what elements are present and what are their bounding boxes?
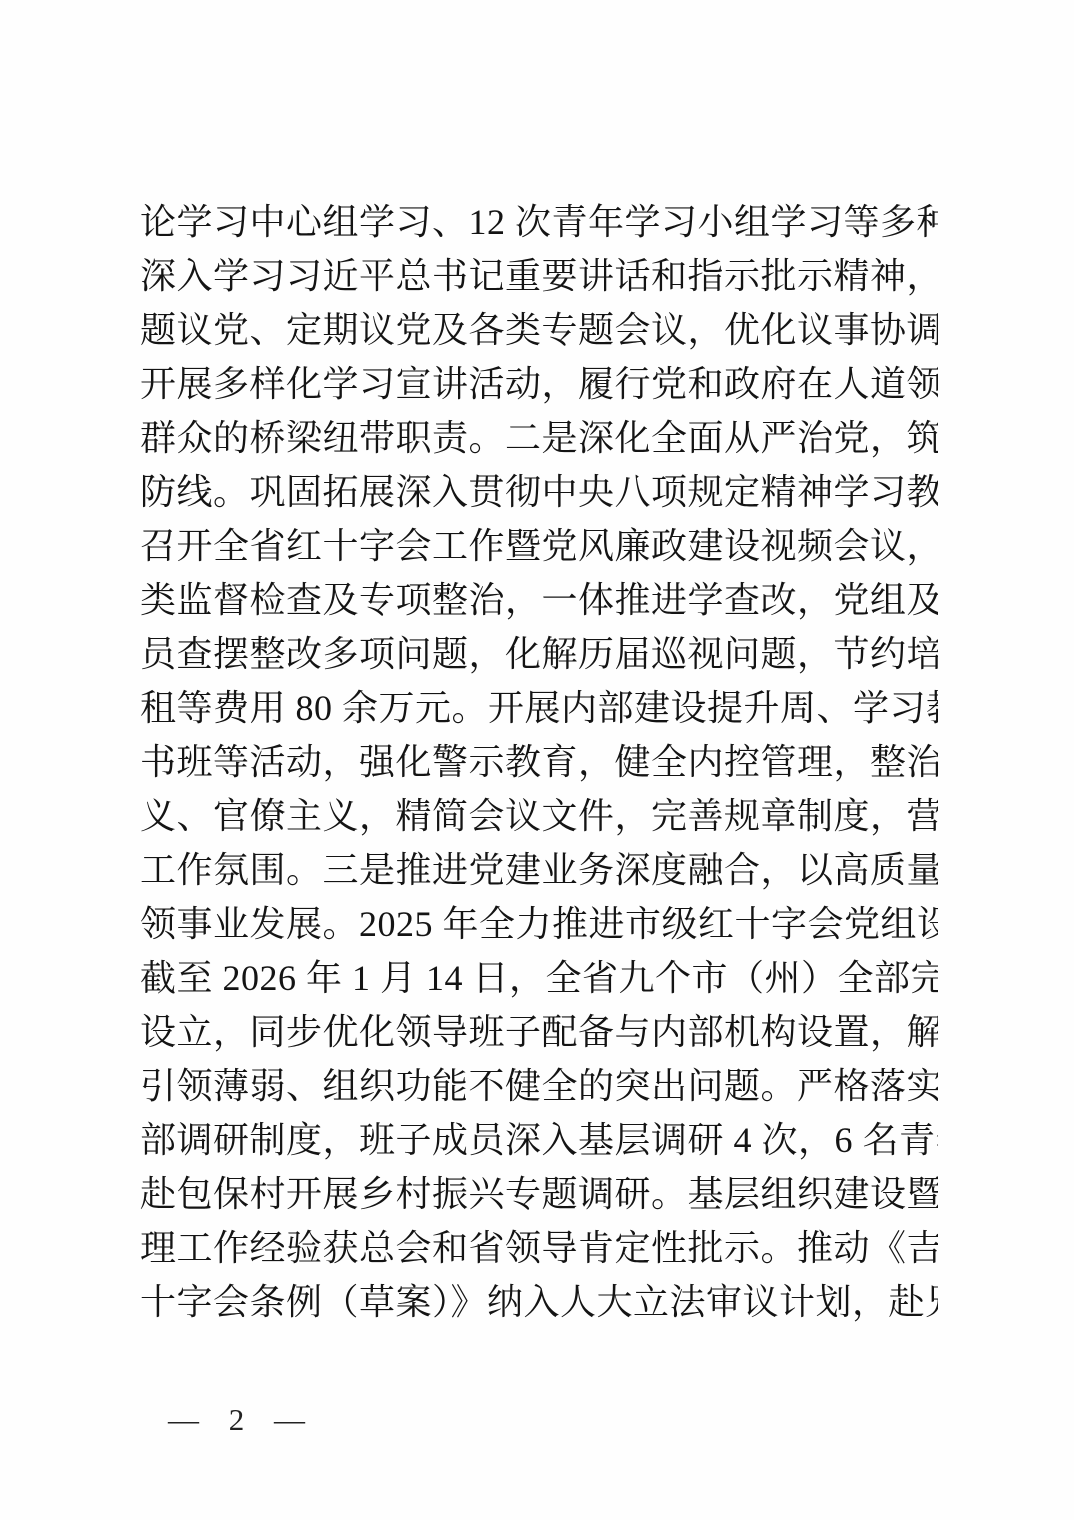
document-body: 论学习中心组学习、12 次青年学习小组学习等多种形式， 深入学习习近平总书记重要… bbox=[140, 195, 938, 1329]
text-line: 开展多样化学习宣讲活动，履行党和政府在人道领域联系 bbox=[140, 357, 938, 411]
text-line: 题议党、定期议党及各类专题会议，优化议事协调机构， bbox=[140, 303, 938, 357]
text-line: 十字会条例（草案）》纳入人大立法审议计划，赴兄弟省 bbox=[140, 1275, 938, 1329]
text-line: 赴包保村开展乡村振兴专题调研。基层组织建设暨会员管 bbox=[140, 1167, 938, 1221]
text-line: 领事业发展。2025 年全力推进市级红十字会党组设立， bbox=[140, 897, 938, 951]
text-line: 类监督检查及专项整治，一体推进学查改，党组及班子成 bbox=[140, 573, 938, 627]
document-page: 论学习中心组学习、12 次青年学习小组学习等多种形式， 深入学习习近平总书记重要… bbox=[0, 0, 1074, 1520]
text-line: 引领薄弱、组织功能不健全的突出问题。严格落实领导干 bbox=[140, 1059, 938, 1113]
text-line: 理工作经验获总会和省领导肯定性批示。推动《吉林省红 bbox=[140, 1221, 938, 1275]
text-line: 群众的桥梁纽带职责。二是深化全面从严治党，筑牢作风 bbox=[140, 411, 938, 465]
text-line: 书班等活动，强化警示教育，健全内控管理，整治形式主 bbox=[140, 735, 938, 789]
text-line: 部调研制度，班子成员深入基层调研 4 次，6 名青年干部 bbox=[140, 1113, 938, 1167]
text-line: 义、官僚主义，精简会议文件，完善规章制度，营造良好 bbox=[140, 789, 938, 843]
text-line: 防线。巩固拓展深入贯彻中央八项规定精神学习教育成果， bbox=[140, 465, 938, 519]
text-line: 员查摆整改多项问题，化解历届巡视问题，节约培训、房 bbox=[140, 627, 938, 681]
page-number: — 2 — bbox=[168, 1402, 308, 1437]
text-line: 截至 2026 年 1 月 14 日，全省九个市（州）全部完成党组 bbox=[140, 951, 938, 1005]
text-line: 工作氛围。三是推进党建业务深度融合，以高质量党建引 bbox=[140, 843, 938, 897]
page-footer: — 2 — bbox=[168, 1398, 308, 1442]
text-line: 深入学习习近平总书记重要讲话和指示批示精神，召开专 bbox=[140, 249, 938, 303]
text-line: 租等费用 80 余万元。开展内部建设提升周、学习教育读 bbox=[140, 681, 938, 735]
text-line: 论学习中心组学习、12 次青年学习小组学习等多种形式， bbox=[140, 195, 938, 249]
text-line: 设立，同步优化领导班子配备与内部机构设置，解决党建 bbox=[140, 1005, 938, 1059]
text-line: 召开全省红十字会工作暨党风廉政建设视频会议，结合各 bbox=[140, 519, 938, 573]
